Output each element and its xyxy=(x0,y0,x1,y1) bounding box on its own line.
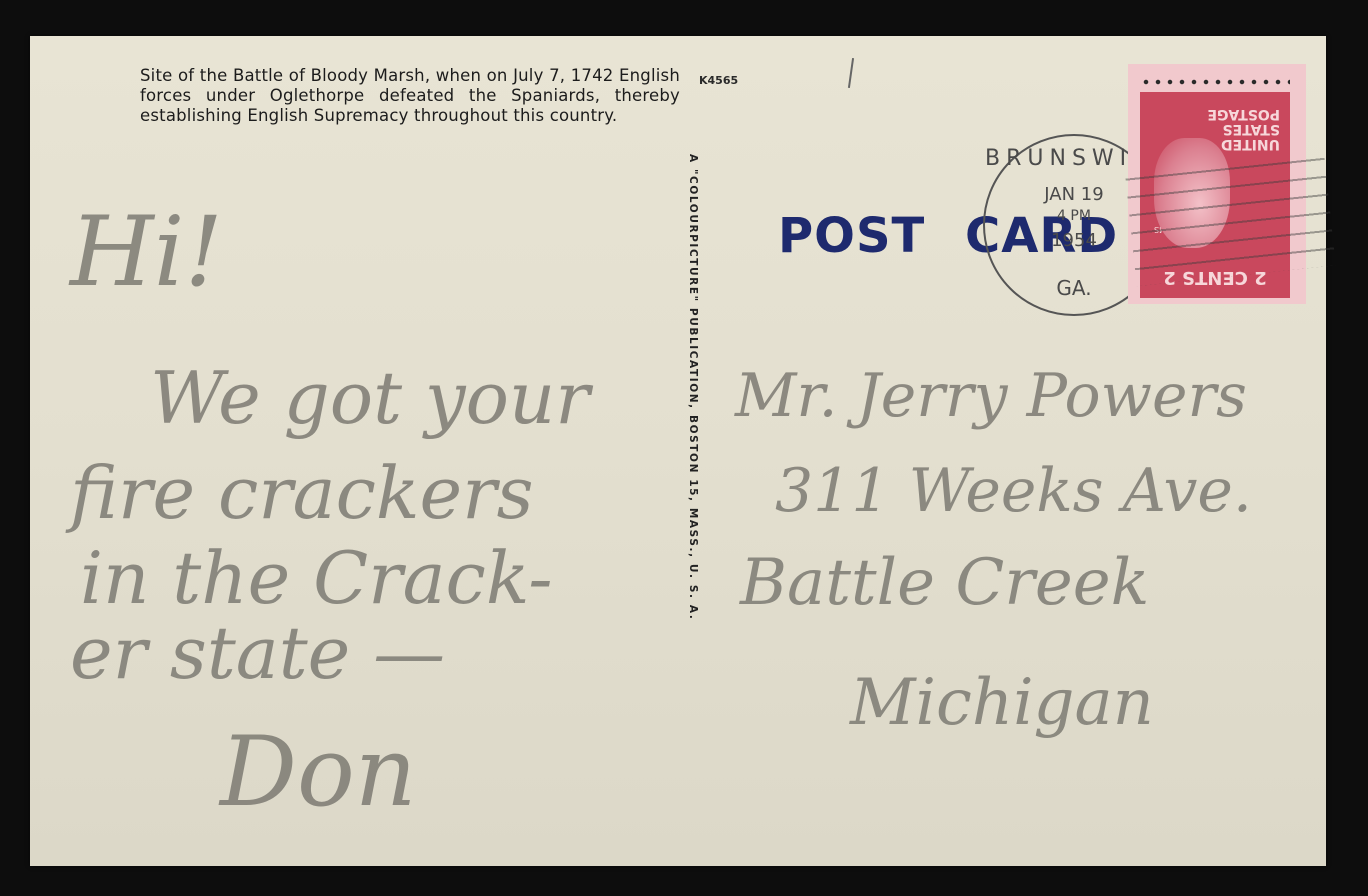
message-line: in the Crack- xyxy=(80,536,553,620)
perforation xyxy=(1140,78,1290,86)
address-line: Michigan xyxy=(850,666,1154,740)
caption-text: Site of the Battle of Bloody Marsh, when… xyxy=(140,66,680,126)
publisher-line: A "COLOURPICTURE" PUBLICATION, BOSTON 15… xyxy=(681,154,703,724)
message-line: Hi! xyxy=(70,196,223,308)
cancellation-lines xyxy=(1124,146,1335,286)
signature: Don xyxy=(220,716,417,828)
postcard: Site of the Battle of Bloody Marsh, when… xyxy=(30,36,1326,866)
catalog-code: K4565 xyxy=(699,74,738,87)
address-line: 311 Weeks Ave. xyxy=(775,456,1252,526)
message-line: er state — xyxy=(70,611,445,695)
message-line: We got your xyxy=(150,356,590,440)
address-line: Mr. Jerry Powers xyxy=(735,361,1247,431)
stamp-country: UNITED STATES POSTAGE xyxy=(1220,106,1280,151)
message-line: fire crackers xyxy=(70,451,534,535)
address-line: Battle Creek xyxy=(740,546,1149,620)
pencil-mark xyxy=(848,58,854,88)
publisher-text: A "COLOURPICTURE" PUBLICATION, BOSTON 15… xyxy=(687,154,699,724)
